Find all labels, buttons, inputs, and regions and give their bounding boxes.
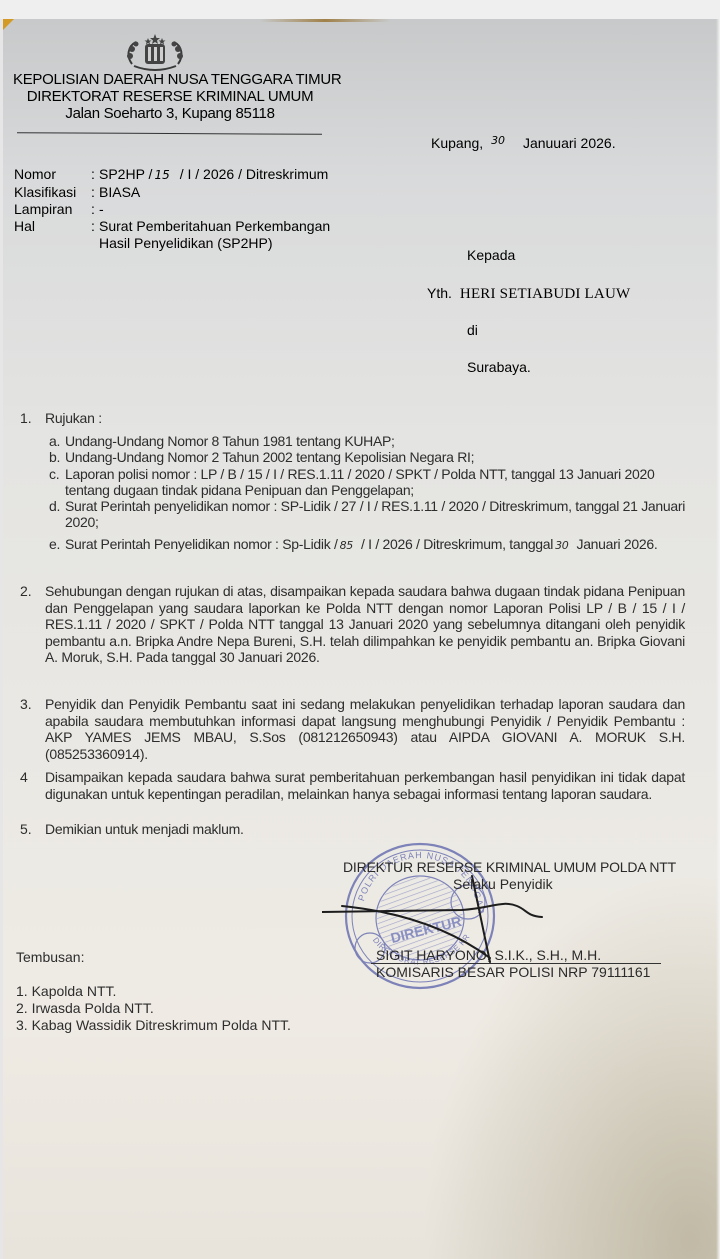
item-text: Undang-Undang Nomor 8 Tahun 1981 tentang… (65, 433, 689, 449)
section-number: 1. (20, 410, 32, 427)
tembusan-item: 2. Irwasda Polda NTT. (16, 1000, 291, 1017)
reference-item: b.Undang-Undang Nomor 2 Tahun 2002 tenta… (49, 449, 689, 465)
page-right-edge (716, 19, 720, 1259)
item-text: Surat Perintah penyelidikan nomor : SP-L… (65, 498, 689, 531)
tembusan-item: 3. Kabag Wassidik Ditreskrimum Polda NTT… (16, 1017, 291, 1034)
meta-value: SP2HP /15/ I / 2026 / Ditreskrimum (99, 166, 328, 184)
section-1: 1. Rujukan : (20, 410, 685, 427)
institution-name: KEPOLISIAN DAERAH NUSA TENGGARA TIMUR (10, 71, 330, 88)
section-number: 3. (20, 696, 32, 713)
section-text: Sehubungan dengan rujukan di atas, disam… (45, 583, 685, 666)
letterhead-address: Jalan Soeharto 3, Kupang 85118 (10, 105, 330, 122)
reference-item: a.Undang-Undang Nomor 8 Tahun 1981 tenta… (49, 433, 689, 449)
letterhead: KEPOLISIAN DAERAH NUSA TENGGARA TIMUR DI… (10, 71, 330, 122)
section-4: 4 Disampaikan kepada saudara bahwa surat… (20, 769, 685, 802)
recipient-kepada: Kepada (467, 247, 515, 263)
section-number: 2. (20, 583, 32, 600)
item-letter: b. (49, 449, 65, 465)
section-3: 3. Penyidik dan Penyidik Pembantu saat i… (20, 696, 685, 762)
letter-metadata: Nomor : SP2HP /15/ I / 2026 / Ditreskrim… (14, 166, 330, 252)
meta-colon: : (91, 201, 99, 218)
reference-list: a.Undang-Undang Nomor 8 Tahun 1981 tenta… (49, 433, 689, 554)
meta-colon: : (91, 166, 99, 184)
meta-label: Lampiran (14, 201, 91, 218)
nomor-prefix: SP2HP / (99, 166, 152, 182)
handwritten-number: 15 (154, 168, 169, 182)
item-text-prefix: Surat Perintah Penyelidikan nomor : Sp-L… (65, 536, 338, 552)
reference-item: c.Laporan polisi nomor : LP / B / 15 / I… (49, 466, 689, 499)
meta-label: Nomor (14, 166, 91, 184)
meta-value: - (99, 201, 104, 218)
recipient-honorific: Yth. (427, 285, 452, 301)
item-text: Surat Perintah Penyelidikan nomor : Sp-L… (65, 536, 689, 554)
meta-colon: : (91, 184, 99, 201)
meta-hal: Hal : Surat Pemberitahuan Perkembangan (14, 218, 330, 235)
item-text-middle: / I / 2026 / Ditreskrimum, tanggal (361, 536, 553, 552)
month-year: Januuari 2026. (523, 135, 616, 151)
recipient-name: HERI SETIABUDI LAUW (460, 286, 630, 302)
meta-klasifikasi: Klasifikasi : BIASA (14, 184, 330, 201)
item-letter: d. (49, 498, 65, 531)
meta-hal-continued: Hasil Penyelidikan (SP2HP) (14, 235, 330, 252)
meta-colon: : (91, 218, 99, 235)
section-number: 5. (20, 821, 32, 838)
meta-lampiran: Lampiran : - (14, 201, 330, 218)
meta-value: BIASA (99, 184, 140, 201)
meta-value: Hasil Penyelidikan (SP2HP) (14, 235, 273, 252)
screen-top-bar (0, 0, 720, 19)
nomor-suffix: / I / 2026 / Ditreskrimum (180, 166, 329, 182)
recipient-line: Yth.HERI SETIABUDI LAUW (427, 285, 630, 303)
handwritten-signature (322, 870, 582, 970)
meta-label: Klasifikasi (14, 184, 91, 201)
directorate-name: DIREKTORAT RESERSE KRIMINAL UMUM (10, 88, 330, 105)
item-letter: c. (49, 466, 65, 499)
meta-label: Hal (14, 218, 91, 235)
handwritten-day: 30 (555, 539, 568, 552)
item-letter: a. (49, 433, 65, 449)
tembusan-title: Tembusan: (16, 949, 291, 966)
section-number: 4 (20, 769, 28, 786)
reference-item: e.Surat Perintah Penyelidikan nomor : Sp… (49, 536, 689, 554)
meta-nomor: Nomor : SP2HP /15/ I / 2026 / Ditreskrim… (14, 166, 330, 184)
item-letter: e. (49, 536, 65, 554)
place-date: Kupang, 30 Januuari 2026. (431, 135, 616, 151)
recipient-di: di (467, 322, 478, 338)
tembusan-item: 1. Kapolda NTT. (16, 983, 291, 1000)
tembusan-block: Tembusan: 1. Kapolda NTT. 2. Irwasda Pol… (16, 949, 291, 1034)
section-2: 2. Sehubungan dengan rujukan di atas, di… (20, 583, 685, 666)
police-emblem-icon (124, 34, 186, 72)
section-text: Disampaikan kepada saudara bahwa surat p… (45, 769, 685, 802)
page-edge-shadow (260, 19, 390, 22)
handwritten-day: 30 (491, 134, 505, 147)
item-text: Laporan polisi nomor : LP / B / 15 / I /… (65, 466, 689, 499)
recipient-city: Surabaya. (467, 359, 531, 375)
section-text: Penyidik dan Penyidik Pembantu saat ini … (45, 696, 685, 762)
handwritten-number: 85 (340, 539, 353, 552)
place: Kupang, (431, 135, 483, 151)
page-left-edge (0, 19, 3, 1259)
meta-value: Surat Pemberitahuan Perkembangan (99, 218, 330, 235)
section-title: Rujukan : (45, 410, 685, 427)
item-text-suffix: Januari 2026. (577, 536, 658, 552)
item-text: Undang-Undang Nomor 2 Tahun 2002 tentang… (65, 449, 689, 465)
reference-item: d.Surat Perintah penyelidikan nomor : SP… (49, 498, 689, 531)
